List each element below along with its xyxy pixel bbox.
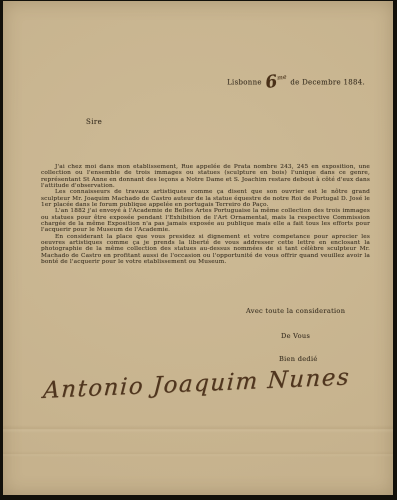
dateline: Lisbonne6me de Decembre 1884. [227, 77, 365, 87]
dateline-rest: de Decembre 1884. [290, 79, 365, 87]
signature-handwritten: Antonio Joaquim Nunes [42, 364, 355, 404]
handwritten-day: 6me [265, 77, 287, 83]
handwritten-day-suffix: me [277, 74, 288, 82]
body-paragraph: J'ai chez moi dans mon etablissement, Ru… [41, 164, 370, 189]
paper-crease [3, 451, 393, 457]
scan-border: Lisbonne6me de Decembre 1884. Sire J'ai … [0, 0, 397, 500]
closing-line-de-vous: De Vous [281, 332, 310, 340]
letter-body: J'ai chez moi dans mon etablissement, Ru… [41, 164, 370, 266]
body-paragraph: L'an 1882 j'ai envoyé à l'Academie de Be… [41, 208, 370, 233]
salutation: Sire [86, 118, 102, 126]
letter-paper: Lisbonne6me de Decembre 1884. Sire J'ai … [3, 1, 393, 495]
closing-line-consideration: Avec toute la consideration [246, 307, 345, 315]
body-paragraph: En considerant la place que vous preside… [41, 234, 370, 266]
paper-crease [3, 425, 393, 433]
body-paragraph: Les connaisseurs de travaux artistiques … [41, 189, 370, 208]
dateline-place: Lisbonne [227, 79, 262, 87]
closing-line-bien-dedie: Bien dedié [279, 355, 318, 363]
